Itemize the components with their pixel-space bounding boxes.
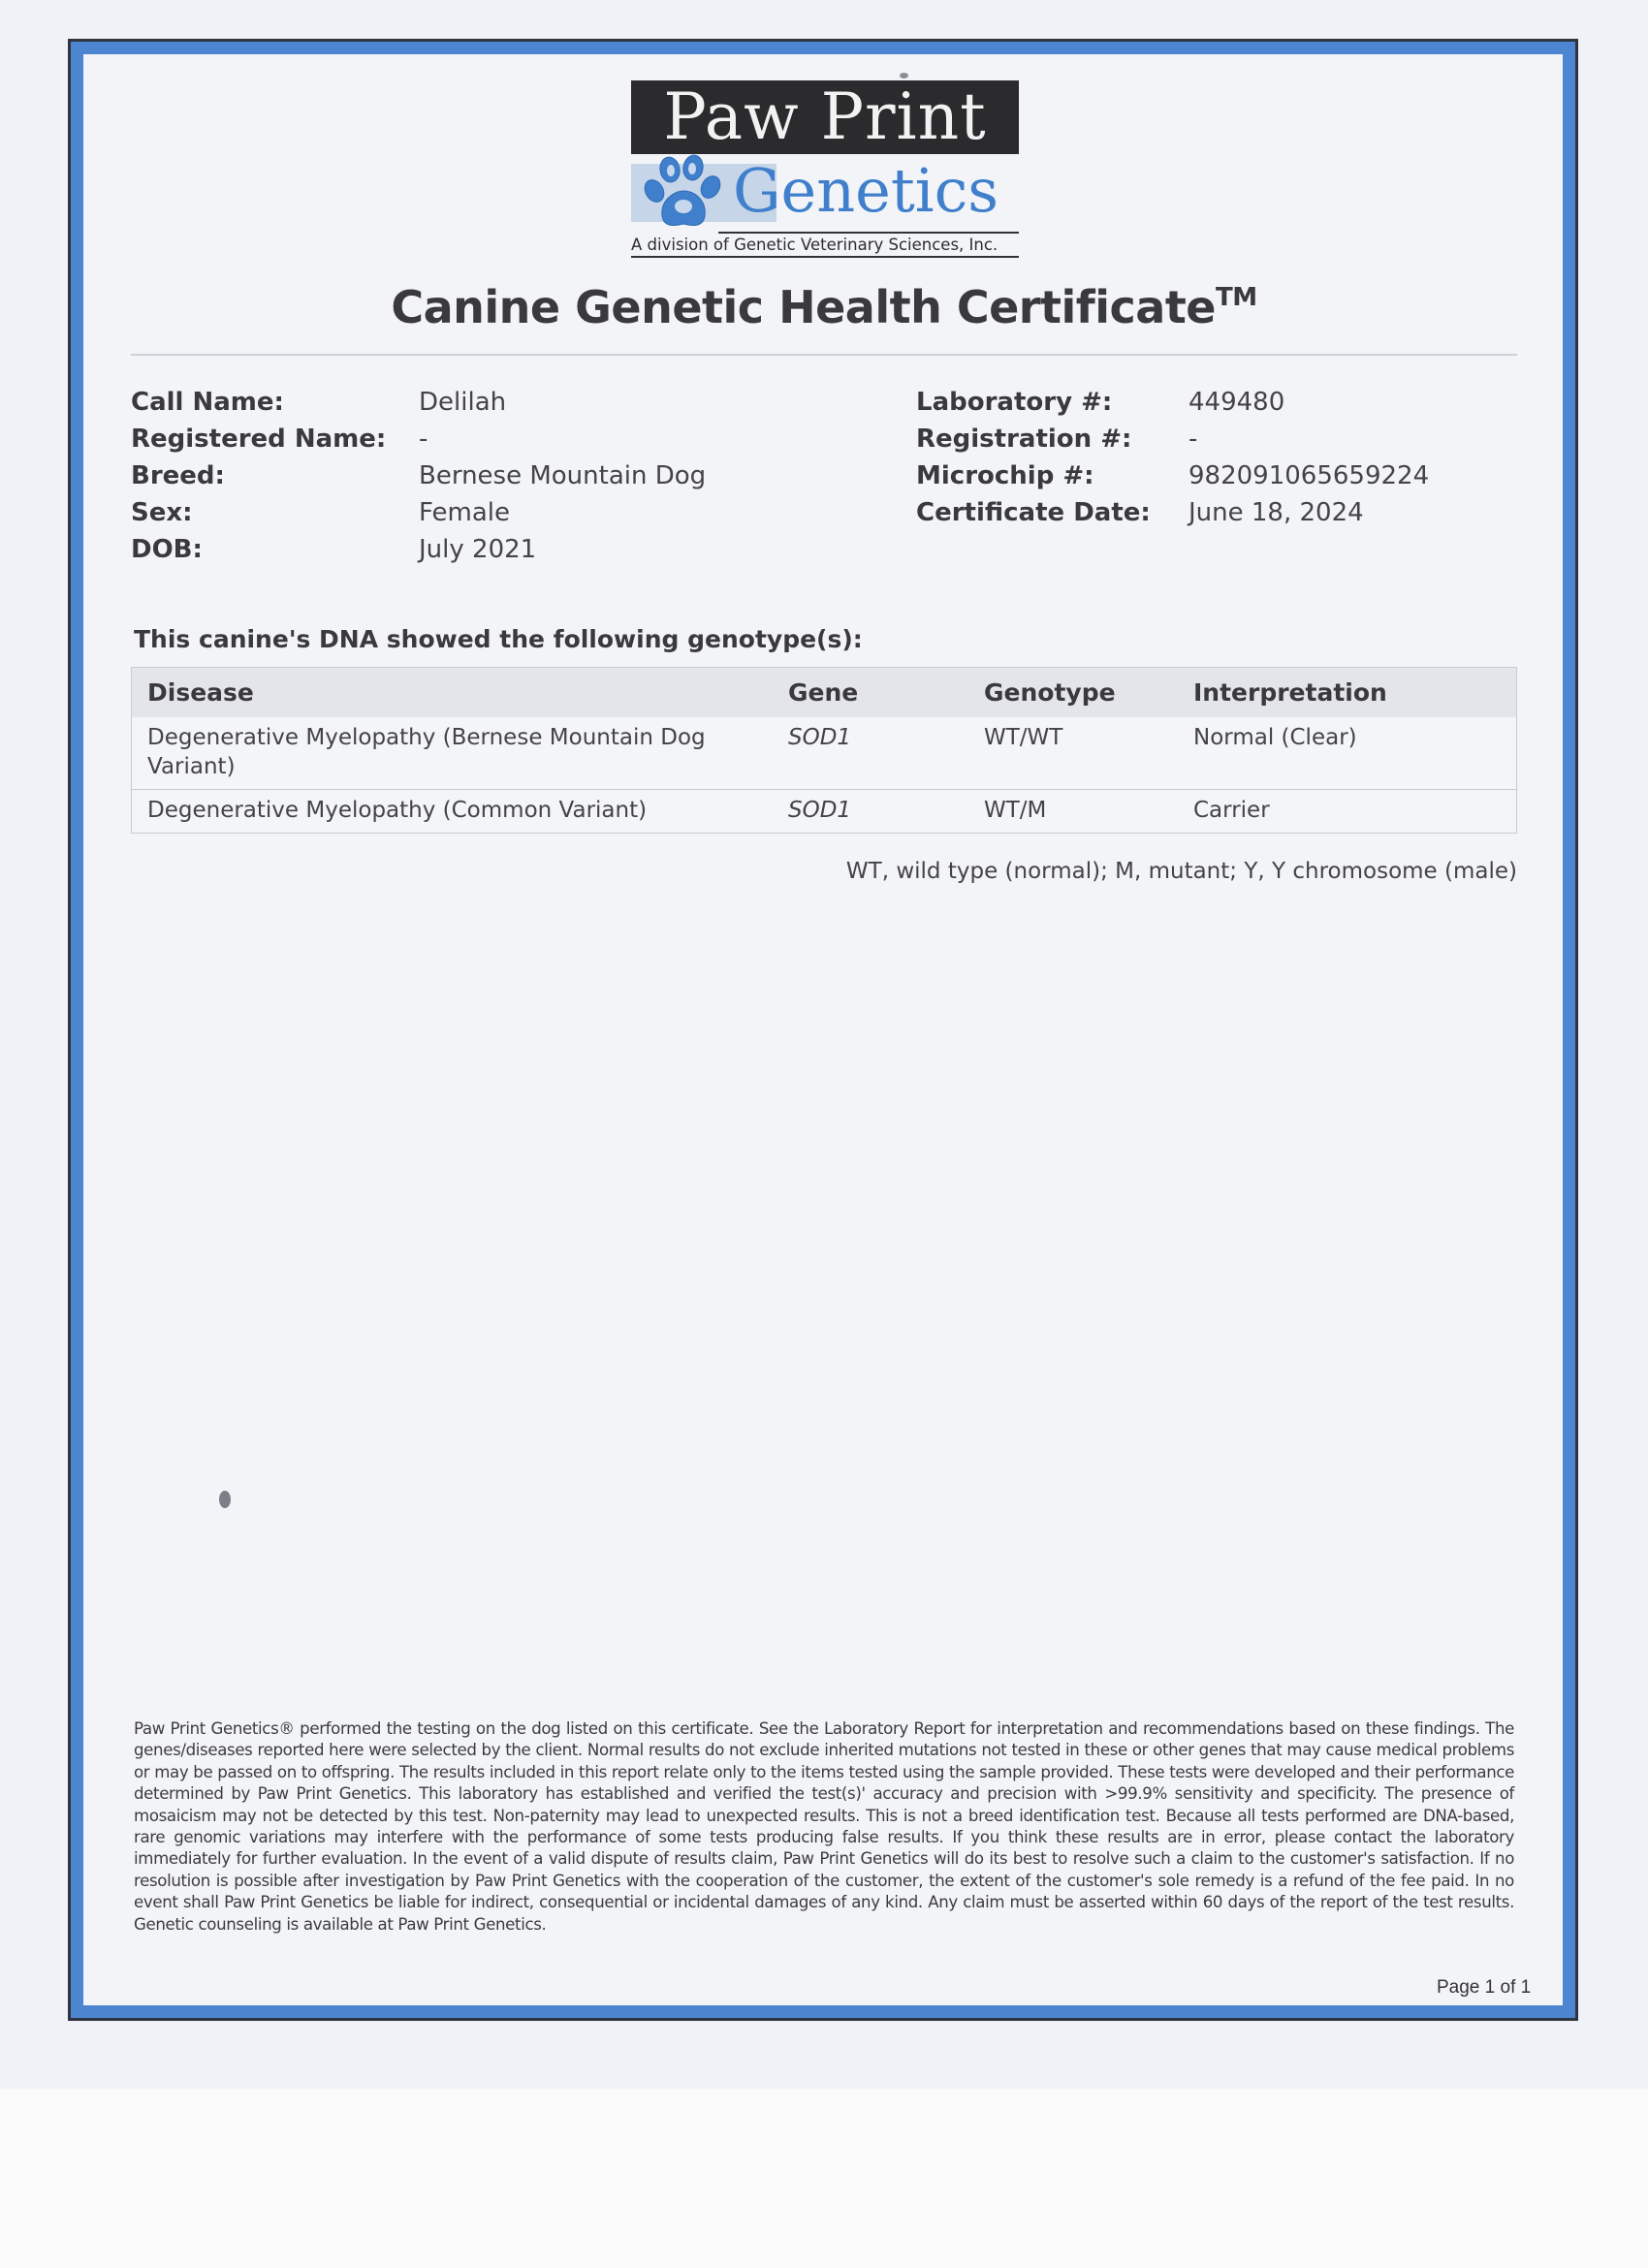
dog-info-left: Call Name: Delilah Registered Name: - Br…	[131, 384, 706, 568]
company-logo: Paw Print Genetics A division of Genetic…	[631, 80, 1019, 258]
page-number: Page 1 of 1	[1437, 1977, 1531, 1999]
cell-interpretation: Carrier	[1178, 790, 1517, 834]
cell-disease: Degenerative Myelopathy (Bernese Mountai…	[132, 717, 774, 790]
column-header-interpretation: Interpretation	[1178, 668, 1517, 718]
logo-wordmark-bottom: Genetics	[733, 156, 998, 226]
info-label: DOB:	[131, 531, 419, 568]
info-label: Certificate Date:	[916, 494, 1188, 531]
certificate-body	[83, 54, 1563, 2005]
paper-bottom-margin	[0, 2089, 1648, 2268]
info-row-certificate-date: Certificate Date: June 18, 2024	[916, 494, 1429, 531]
table-header-row: Disease Gene Genotype Interpretation	[132, 668, 1517, 718]
info-row-sex: Sex: Female	[131, 494, 706, 531]
cell-gene: SOD1	[773, 717, 968, 790]
info-row-registration-number: Registration #: -	[916, 421, 1429, 457]
info-label: Registration #:	[916, 421, 1188, 457]
info-value: 449480	[1188, 384, 1284, 421]
cell-genotype: WT/M	[968, 790, 1178, 834]
info-label: Sex:	[131, 494, 419, 531]
table-row: Degenerative Myelopathy (Common Variant)…	[132, 790, 1517, 834]
logo-mid-row: Genetics	[631, 154, 1019, 232]
logo-subtitle: A division of Genetic Veterinary Science…	[631, 236, 1019, 254]
title-divider	[131, 354, 1517, 356]
genotype-legend: WT, wild type (normal); M, mutant; Y, Y …	[846, 859, 1517, 884]
info-row-laboratory-number: Laboratory #: 449480	[916, 384, 1429, 421]
column-header-disease: Disease	[132, 668, 774, 718]
cell-genotype: WT/WT	[968, 717, 1178, 790]
cell-disease: Degenerative Myelopathy (Common Variant)	[132, 790, 774, 834]
info-value: July 2021	[419, 531, 536, 568]
info-value: Bernese Mountain Dog	[419, 457, 706, 494]
info-row-breed: Breed: Bernese Mountain Dog	[131, 457, 706, 494]
title-text: Canine Genetic Health Certificate	[391, 281, 1216, 333]
cell-interpretation: Normal (Clear)	[1178, 717, 1517, 790]
info-label: Call Name:	[131, 384, 419, 421]
info-row-microchip-number: Microchip #: 982091065659224	[916, 457, 1429, 494]
info-value: -	[1188, 421, 1197, 457]
certificate-title: Canine Genetic Health CertificateTM	[0, 281, 1648, 333]
column-header-gene: Gene	[773, 668, 968, 718]
paw-print-icon	[641, 154, 728, 230]
dog-info-right: Laboratory #: 449480 Registration #: - M…	[916, 384, 1429, 531]
column-header-genotype: Genotype	[968, 668, 1178, 718]
trademark-mark: TM	[1216, 283, 1257, 312]
info-value: June 18, 2024	[1188, 494, 1364, 531]
info-value: -	[419, 421, 428, 457]
info-label: Registered Name:	[131, 421, 419, 457]
info-label: Microchip #:	[916, 457, 1188, 494]
info-row-call-name: Call Name: Delilah	[131, 384, 706, 421]
results-heading: This canine's DNA showed the following g…	[134, 625, 863, 653]
logo-rule-bottom	[631, 256, 1019, 258]
cell-gene: SOD1	[773, 790, 968, 834]
genotype-table: Disease Gene Genotype Interpretation Deg…	[131, 667, 1517, 834]
info-value: 982091065659224	[1188, 457, 1429, 494]
info-label: Breed:	[131, 457, 419, 494]
scan-speck	[219, 1491, 231, 1508]
info-value: Female	[419, 494, 510, 531]
scan-speck	[900, 73, 908, 79]
info-row-registered-name: Registered Name: -	[131, 421, 706, 457]
disclaimer-text: Paw Print Genetics® performed the testin…	[134, 1718, 1514, 1936]
logo-rule	[718, 232, 1019, 234]
info-row-dob: DOB: July 2021	[131, 531, 706, 568]
logo-wordmark-top: Paw Print	[631, 80, 1019, 154]
info-value: Delilah	[419, 384, 506, 421]
info-label: Laboratory #:	[916, 384, 1188, 421]
table-row: Degenerative Myelopathy (Bernese Mountai…	[132, 717, 1517, 790]
